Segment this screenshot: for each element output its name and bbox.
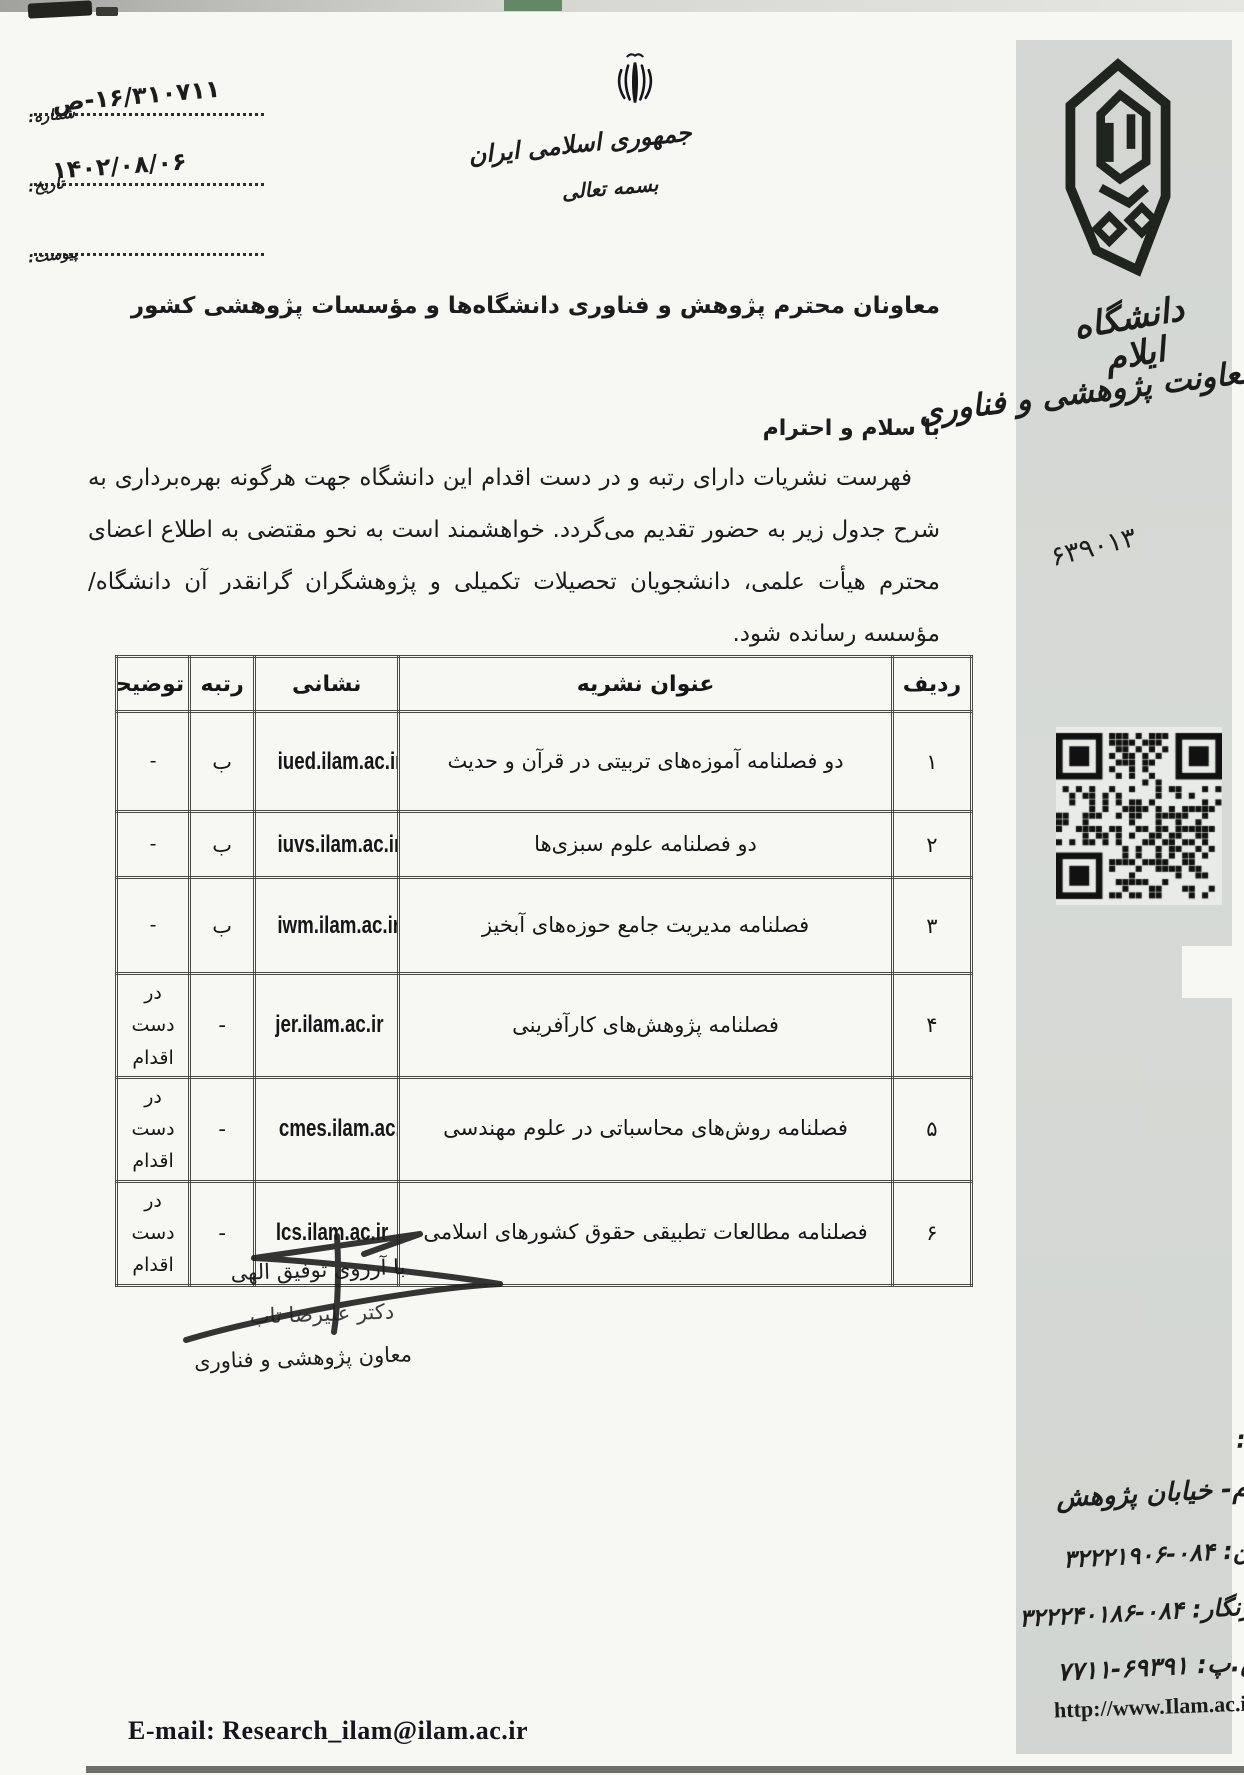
contact-address-label: نشانی: bbox=[1236, 1422, 1244, 1454]
bismillah-text: بسمه تعالی bbox=[499, 166, 720, 209]
ilam-university-logo-icon bbox=[1052, 58, 1184, 296]
note-cell: - bbox=[117, 812, 190, 878]
note-cell: در دست اقدام bbox=[117, 1077, 190, 1181]
table-row: ۲ دو فصلنامه علوم سبزی‌ها iuvs.ilam.ac.i… bbox=[117, 812, 972, 878]
row-number-cell: ۱ bbox=[892, 712, 971, 812]
salutation-line: با سلام و احترام bbox=[763, 416, 940, 441]
scan-edge-top bbox=[0, 0, 1244, 12]
ref-date-row: تاریخ: ۱۴۰۲/۰۸/۰۶ bbox=[34, 148, 284, 192]
letter-body-paragraph: فهرست نشریات دارای رتبه و در دست اقدام ا… bbox=[88, 452, 940, 660]
header-notes: توضیحات bbox=[117, 657, 190, 712]
row-number-cell: ۴ bbox=[892, 974, 971, 1078]
row-number-cell: ۵ bbox=[892, 1077, 971, 1181]
row-number-cell: ۲ bbox=[892, 812, 971, 878]
rank-cell: ب bbox=[190, 812, 255, 878]
journal-url-cell: iwm.ilam.ac.ir bbox=[255, 878, 399, 974]
rank-cell: - bbox=[190, 1077, 255, 1181]
country-name: جمهوری اسلامی ایران bbox=[439, 115, 720, 172]
reference-block: شماره: ۱۶/۳۱۰۷۱۱-ص تاریخ: ۱۴۰۲/۰۸/۰۶ پیو… bbox=[34, 78, 284, 288]
journal-url-cell: cmes.ilam.ac.ir bbox=[255, 1077, 399, 1181]
journal-url: iwm.ilam.ac.ir bbox=[277, 912, 398, 940]
journal-url: iued.ilam.ac.ir bbox=[278, 748, 399, 776]
scanned-letter-page: دانشگاه ایلام معاونت پژوهشی و فناوری ۶۳۹… bbox=[0, 0, 1244, 1775]
journal-url: jer.ilam.ac.ir bbox=[275, 1011, 383, 1039]
row-number-cell: ۳ bbox=[892, 878, 971, 974]
ref-number-row: شماره: ۱۶/۳۱۰۷۱۱-ص bbox=[34, 78, 284, 122]
journals-table: ردیف عنوان نشریه نشانی رتبه توضیحات ۱ دو… bbox=[115, 655, 973, 1287]
journal-title-cell: فصلنامه روش‌های محاسباتی در علوم مهندسی bbox=[399, 1077, 893, 1181]
qr-code bbox=[1056, 727, 1222, 905]
table-row: ۴ فصلنامه پژوهش‌های کارآفرینی jer.ilam.a… bbox=[117, 974, 972, 1078]
scan-artifact bbox=[96, 7, 118, 16]
email-line: E-mail: Research_ilam@ilam.ac.ir bbox=[128, 1716, 528, 1746]
table-row: ۱ دو فصلنامه آموزه‌های تربیتی در قرآن و … bbox=[117, 712, 972, 812]
note-cell: - bbox=[117, 712, 190, 812]
journal-title-cell: فصلنامه پژوهش‌های کارآفرینی bbox=[399, 974, 893, 1078]
table-row: ۳ فصلنامه مدیریت جامع حوزه‌های آبخیز iwm… bbox=[117, 878, 972, 974]
note-cell: در دست اقدام bbox=[117, 974, 190, 1078]
ref-number-value: ۱۶/۳۱۰۷۱۱-ص bbox=[51, 75, 221, 118]
handwritten-signature bbox=[168, 1222, 518, 1347]
journal-title-cell: فصلنامه مدیریت جامع حوزه‌های آبخیز bbox=[399, 878, 893, 974]
scan-artifact bbox=[28, 0, 93, 18]
national-header: جمهوری اسلامی ایران بسمه تعالی bbox=[440, 50, 720, 200]
journal-url: cmes.ilam.ac.ir bbox=[279, 1115, 399, 1143]
rank-cell: - bbox=[190, 974, 255, 1078]
table-row: ۵ فصلنامه روش‌های محاسباتی در علوم مهندس… bbox=[117, 1077, 972, 1181]
ref-attachment-row: پیوست: bbox=[34, 218, 284, 262]
journal-title-cell: دو فصلنامه علوم سبزی‌ها bbox=[399, 812, 893, 878]
rank-cell: ب bbox=[190, 712, 255, 812]
journal-title-cell: دو فصلنامه آموزه‌های تربیتی در قرآن و حد… bbox=[399, 712, 893, 812]
scan-artifact-green bbox=[504, 0, 562, 11]
header-journal-title: عنوان نشریه bbox=[399, 657, 893, 712]
ref-attachment-label: پیوست: bbox=[27, 243, 78, 266]
journal-url: iuvs.ilam.ac.ir bbox=[278, 831, 399, 859]
recipient-line: معاونان محترم پژوهش و فناوری دانشگاه‌ها … bbox=[131, 293, 940, 319]
note-cell: - bbox=[117, 878, 190, 974]
rank-cell: ب bbox=[190, 878, 255, 974]
scan-artifact-notch bbox=[1182, 946, 1244, 998]
table-header-row: ردیف عنوان نشریه نشانی رتبه توضیحات bbox=[117, 657, 972, 712]
header-rank: رتبه bbox=[190, 657, 255, 712]
journal-url-cell: jer.ilam.ac.ir bbox=[255, 974, 399, 1078]
iran-national-emblem-icon bbox=[612, 50, 658, 112]
header-url: نشانی bbox=[255, 657, 399, 712]
journal-url-cell: iued.ilam.ac.ir bbox=[255, 712, 399, 812]
scan-edge-bottom bbox=[86, 1766, 1244, 1773]
header-row-number: ردیف bbox=[892, 657, 971, 712]
ref-date-value: ۱۴۰۲/۰۸/۰۶ bbox=[51, 147, 187, 184]
row-number-cell: ۶ bbox=[892, 1181, 971, 1285]
journal-url-cell: iuvs.ilam.ac.ir bbox=[255, 812, 399, 878]
